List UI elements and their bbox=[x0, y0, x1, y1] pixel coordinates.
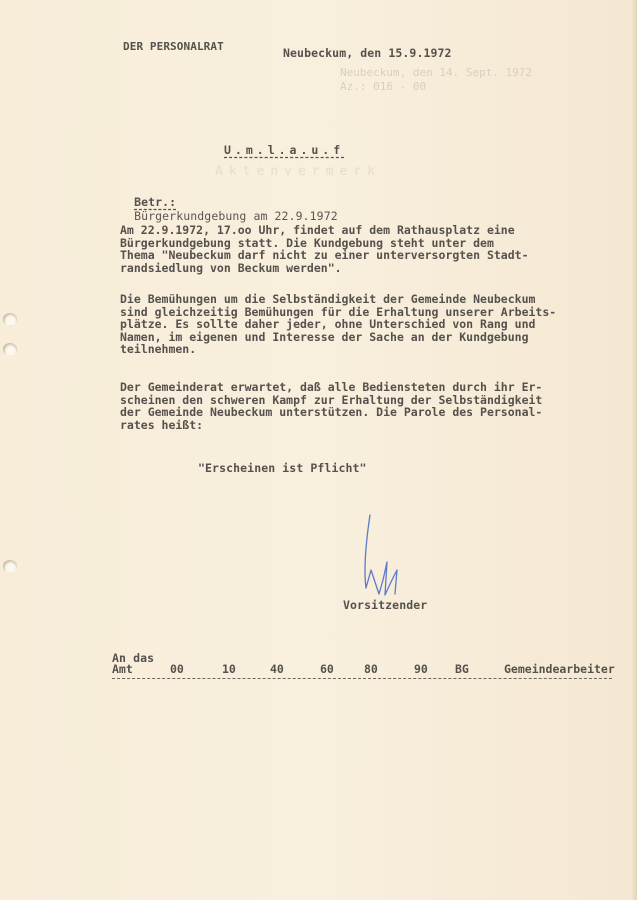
sender-name: DER PERSONALRAT bbox=[123, 40, 224, 54]
distribution-label: Amt bbox=[112, 662, 133, 676]
distribution-item: 90 bbox=[414, 662, 428, 676]
subject-text: Bürgerkundgebung am 22.9.1972 bbox=[134, 209, 338, 223]
signature-role: Vorsitzender bbox=[343, 598, 427, 612]
paragraph-1: Am 22.9.1972, 17.oo Uhr, findet auf dem … bbox=[120, 224, 590, 274]
subject-line: Betr.: Bürgerkundgebung am 22.9.1972 bbox=[120, 181, 338, 223]
subject-label: Betr.: bbox=[134, 195, 176, 209]
distribution-item: 40 bbox=[270, 662, 284, 676]
paragraph-3: Der Gemeinderat erwartet, daß alle Bedie… bbox=[120, 381, 590, 431]
place-date: Neubeckum, den 15.9.1972 bbox=[283, 46, 452, 60]
signature-scribble-icon bbox=[357, 510, 417, 600]
punch-hole-icon bbox=[3, 560, 17, 572]
distribution-item: BG bbox=[455, 662, 469, 676]
punch-hole-icon bbox=[3, 343, 17, 355]
document-title: U.m.l.a.u.f bbox=[224, 143, 344, 157]
bleed-through-heading: Aktenvermerk bbox=[215, 165, 381, 179]
distribution-item: Gemeindearbeiter bbox=[504, 662, 615, 676]
bleed-through-date: Neubeckum, den 14. Sept. 1972 bbox=[340, 66, 532, 80]
punch-hole-icon bbox=[3, 313, 17, 325]
motto: "Erscheinen ist Pflicht" bbox=[198, 461, 367, 475]
distribution-item: 80 bbox=[364, 662, 378, 676]
paragraph-2: Die Bemühungen um die Selbständigkeit de… bbox=[120, 293, 590, 356]
distribution-row: Amt 00 10 40 60 80 90 BG Gemeindearbeite… bbox=[112, 662, 612, 679]
distribution-item: 10 bbox=[222, 662, 236, 676]
paper-background bbox=[0, 0, 637, 900]
paper-edge bbox=[631, 0, 637, 900]
distribution-item: 00 bbox=[170, 662, 184, 676]
bleed-through-ref: Az.: 016 - 00 bbox=[340, 80, 426, 94]
distribution-item: 60 bbox=[320, 662, 334, 676]
